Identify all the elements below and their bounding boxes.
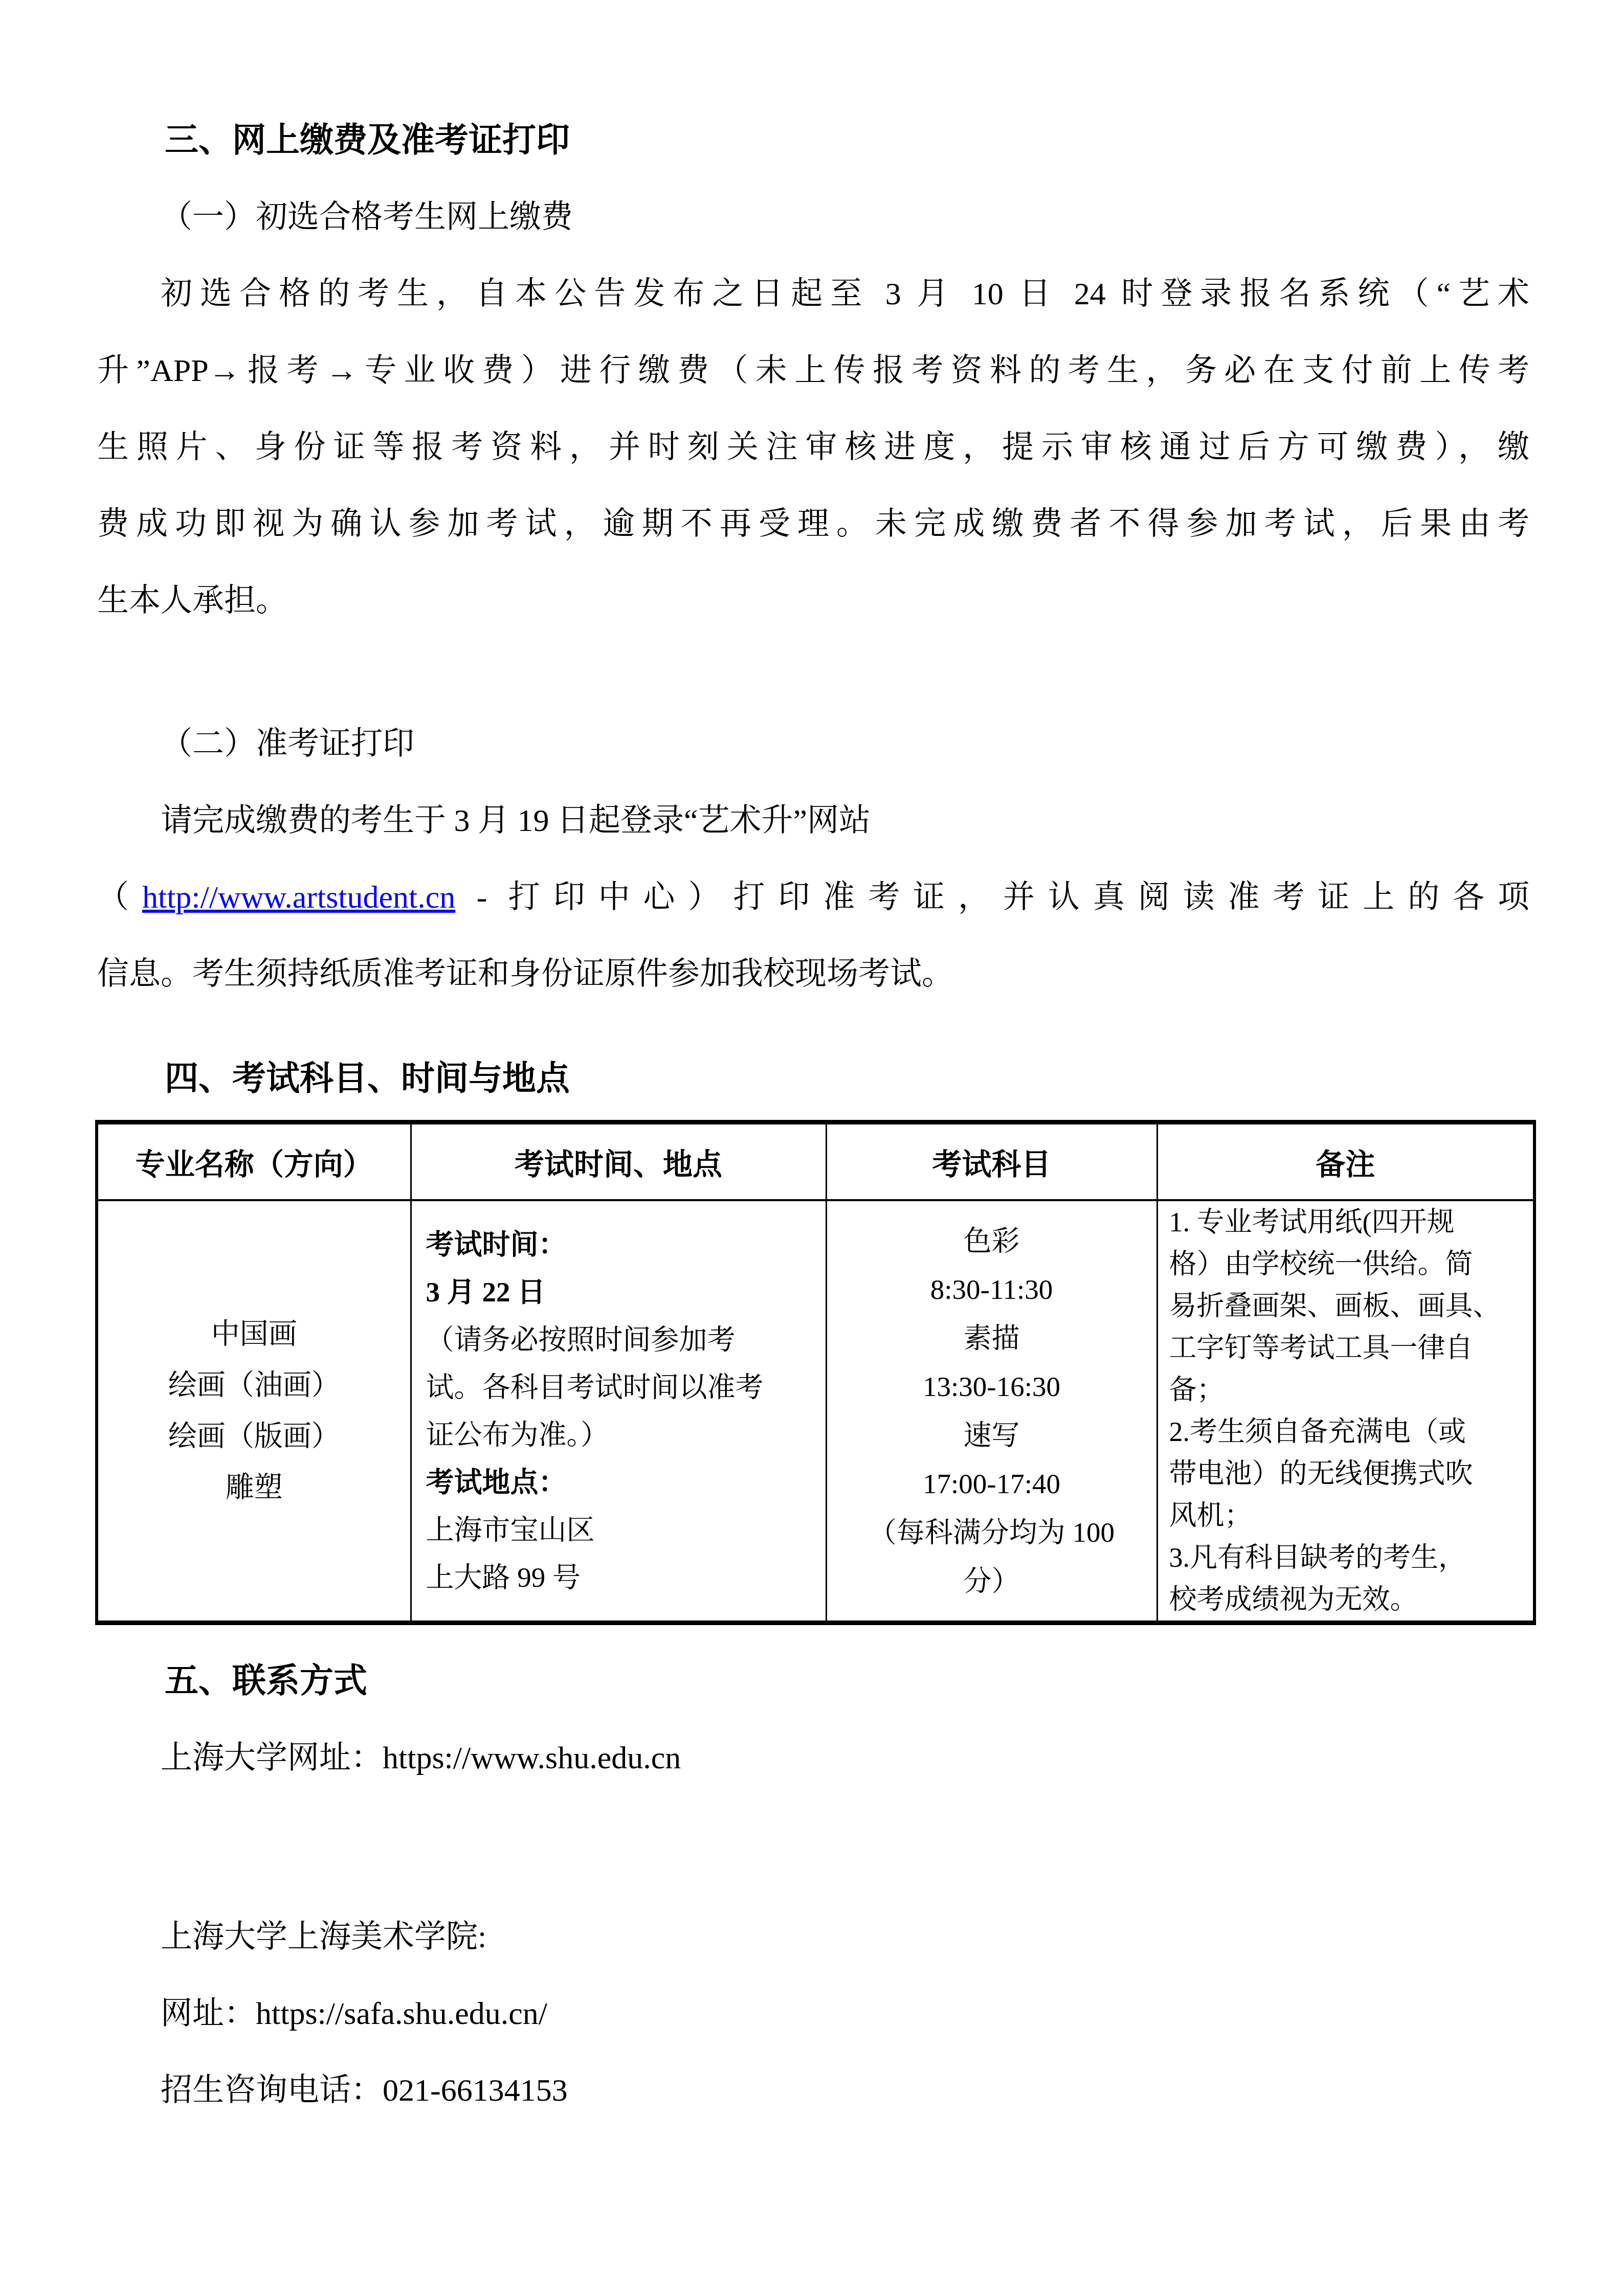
subjects-cell: 色彩 8:30-11:30 素描 13:30-16:30 速写 17:00-17… bbox=[826, 1200, 1157, 1623]
major-item: 绘画（版画） bbox=[98, 1411, 410, 1462]
section3-paragraph1: 初选合格的考生，自本公告发布之日起至 3 月 10 日 24 时登录报名系统（“… bbox=[97, 256, 1529, 639]
para1-line3: 生照片、身份证等报考资料，并时刻关注审核进度，提示审核通过后方可缴费），缴 bbox=[97, 409, 1529, 486]
para2-open-paren: （ bbox=[97, 880, 142, 915]
remark-line: 风机； bbox=[1169, 1495, 1524, 1537]
section3-sub2-heading: （二）准考证打印 bbox=[97, 706, 1529, 782]
remark-line: 1. 专业考试用纸(四开规 bbox=[1169, 1201, 1524, 1243]
exam-time-note: 试。各科目考试时间以准考 bbox=[426, 1363, 815, 1411]
section3-sub1-heading: （一）初选合格考生网上缴费 bbox=[97, 179, 1529, 256]
subject-item: 速写 bbox=[827, 1411, 1156, 1459]
para2-line2-rest: - 打印中心）打印准考证，并认真阅读准考证上的各项 bbox=[455, 880, 1529, 915]
table-header-row: 专业名称（方向） 考试时间、地点 考试科目 备注 bbox=[97, 1122, 1534, 1200]
exam-place-label: 考试地点： bbox=[426, 1458, 815, 1506]
section3-paragraph2: 请完成缴费的考生于 3 月 19 日起登录“艺术升”网站 （http://www… bbox=[97, 782, 1529, 1012]
remark-line: 校考成绩视为无效。 bbox=[1169, 1579, 1524, 1620]
para1-line1: 初选合格的考生，自本公告发布之日起至 3 月 10 日 24 时登录报名系统（“… bbox=[97, 256, 1529, 332]
time-place-cell: 考试时间： 3 月 22 日 （请务必按照时间参加考 试。各科目考试时间以准考 … bbox=[411, 1200, 826, 1623]
exam-schedule-table: 专业名称（方向） 考试时间、地点 考试科目 备注 中国画 绘画（油画） 绘画（版… bbox=[95, 1120, 1536, 1625]
exam-time-note: 证公布为准。） bbox=[426, 1411, 815, 1458]
exam-time-label: 考试时间： bbox=[426, 1221, 815, 1268]
header-major: 专业名称（方向） bbox=[97, 1122, 411, 1200]
para1-line4: 费成功即视为确认参加考试，逾期不再受理。未完成缴费者不得参加考试，后果由考 bbox=[97, 486, 1529, 562]
para2-line2: （http://www.artstudent.cn - 打印中心）打印准考证，并… bbox=[97, 859, 1529, 936]
para2-line1: 请完成缴费的考生于 3 月 19 日起登录“艺术升”网站 bbox=[97, 782, 1529, 859]
subject-item: （每科满分均为 100 bbox=[827, 1508, 1156, 1557]
exam-place: 上海市宝山区 bbox=[426, 1506, 815, 1554]
section3-heading: 三、网上缴费及准考证打印 bbox=[97, 102, 1529, 179]
para1-line5: 生本人承担。 bbox=[97, 562, 1529, 639]
table-row: 中国画 绘画（油画） 绘画（版画） 雕塑 考试时间： 3 月 22 日 （请务必… bbox=[97, 1200, 1534, 1623]
document-page: 三、网上缴费及准考证打印 （一）初选合格考生网上缴费 初选合格的考生，自本公告发… bbox=[0, 0, 1624, 2296]
section4-heading: 四、考试科目、时间与地点 bbox=[97, 1041, 1529, 1117]
exam-time-note: （请务必按照时间参加考 bbox=[426, 1316, 815, 1363]
remark-line: 3.凡有科目缺考的考生， bbox=[1169, 1537, 1524, 1579]
exam-date: 3 月 22 日 bbox=[426, 1268, 815, 1316]
header-remarks: 备注 bbox=[1157, 1122, 1534, 1200]
safa-title-line: 上海大学上海美术学院: bbox=[97, 1899, 1529, 1975]
remark-line: 备； bbox=[1169, 1369, 1524, 1411]
subject-item: 17:00-17:40 bbox=[827, 1459, 1156, 1508]
artstudent-link[interactable]: http://www.artstudent.cn bbox=[142, 880, 455, 915]
major-item: 雕塑 bbox=[98, 1462, 410, 1513]
shu-website-line: 上海大学网址：https://www.shu.edu.cn bbox=[97, 1720, 1529, 1796]
remark-line: 2.考生须自备充满电（或 bbox=[1169, 1411, 1524, 1453]
safa-website-line: 网址：https://safa.shu.edu.cn/ bbox=[97, 1975, 1529, 2052]
para1-line2: 升”APP→报考→专业收费）进行缴费（未上传报考资料的考生，务必在支付前上传考 bbox=[97, 332, 1529, 409]
majors-cell: 中国画 绘画（油画） 绘画（版画） 雕塑 bbox=[97, 1200, 411, 1623]
subject-item: 色彩 bbox=[827, 1217, 1156, 1265]
subject-item: 分） bbox=[827, 1557, 1156, 1605]
subject-item: 8:30-11:30 bbox=[827, 1265, 1156, 1314]
para2-line3: 信息。考生须持纸质准考证和身份证原件参加我校现场考试。 bbox=[97, 936, 1529, 1012]
major-item: 绘画（油画） bbox=[98, 1360, 410, 1411]
subject-item: 13:30-16:30 bbox=[827, 1362, 1156, 1411]
remark-line: 易折叠画架、画板、画具、 bbox=[1169, 1285, 1524, 1327]
header-time-place: 考试时间、地点 bbox=[411, 1122, 826, 1200]
major-item: 中国画 bbox=[98, 1309, 410, 1360]
admission-phone-line: 招生咨询电话：021-66134153 bbox=[97, 2052, 1529, 2129]
subject-item: 素描 bbox=[827, 1314, 1156, 1362]
remark-line: 格）由学校统一供给。简 bbox=[1169, 1243, 1524, 1285]
remark-line: 工字钉等考试工具一律自 bbox=[1169, 1327, 1524, 1369]
remarks-cell: 1. 专业考试用纸(四开规 格）由学校统一供给。简 易折叠画架、画板、画具、 工… bbox=[1157, 1200, 1534, 1623]
header-subjects: 考试科目 bbox=[826, 1122, 1157, 1200]
exam-place: 上大路 99 号 bbox=[426, 1554, 815, 1601]
remark-line: 带电池）的无线便携式吹 bbox=[1169, 1453, 1524, 1495]
section5-heading: 五、联系方式 bbox=[97, 1643, 1529, 1720]
